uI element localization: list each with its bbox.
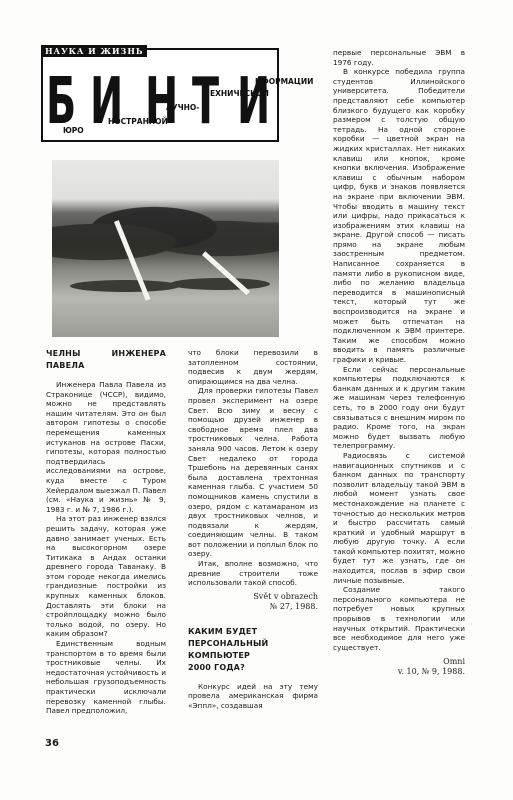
- photo-boat: [170, 278, 270, 290]
- column-middle: что блоки перевозили в затопленном состо…: [188, 348, 318, 711]
- word-buro: ЮРО: [63, 127, 84, 135]
- article2-paragraph: В конкурсе победила группа студентов Илл…: [333, 67, 465, 364]
- article2-paragraph: Радиосвязь с системой навигационных спут…: [333, 451, 465, 585]
- acronym-letter-t: Т: [192, 70, 219, 134]
- photo-boat: [70, 280, 180, 292]
- article1-source-issue: № 27, 1988.: [188, 602, 318, 612]
- word-informatsii: НФОРМАЦИИ: [255, 78, 313, 86]
- column-right: первые персональные ЭВМ в 1976 году. В к…: [333, 48, 465, 677]
- magazine-page: НАУКА И ЖИЗНЬ Б ЮРО И НОСТРАННОЙ Н АУЧНО…: [0, 0, 513, 800]
- photo-trees: [52, 200, 279, 270]
- article2-paragraph: Конкурс идей на эту тему провела америка…: [188, 682, 318, 711]
- article1-paragraph: что блоки перевозили в затопленном состо…: [188, 348, 318, 386]
- article2-title-line: КОМПЬЮТЕР: [188, 650, 318, 662]
- article1-paragraph: Итак, вполне возможно, что древние строи…: [188, 559, 318, 588]
- column-left: ЧЕЛНЫ ИНЖЕНЕРА ПАВЕЛА Инженера Павла Пав…: [46, 348, 166, 716]
- article2-paragraph: Если сейчас персональные компьютеры подк…: [333, 365, 465, 451]
- article1-paragraph: Для проверки гипотезы Павел провел экспе…: [188, 386, 318, 559]
- article1-source-title: Svět v obrazech: [188, 592, 318, 602]
- article1-paragraph: Инженера Павла Павела из Страконице (ЧСС…: [46, 380, 166, 514]
- article1-paragraph: На этот раз инженер взялся решить задачу…: [46, 514, 166, 639]
- article2-title-line: 2000 ГОДА?: [188, 662, 318, 674]
- article2-title-line: КАКИМ БУДЕТ: [188, 626, 318, 638]
- magazine-rubric: НАУКА И ЖИЗНЬ: [41, 45, 147, 57]
- article2-paragraph: первые персональные ЭВМ в 1976 году.: [333, 48, 465, 67]
- article1-paragraph: Единственным водным транспортом в то вре…: [46, 639, 166, 716]
- article2-source-issue: v. 10, № 9, 1988.: [333, 667, 465, 677]
- reed-boats-photo: [52, 160, 279, 337]
- article2-title-line: ПЕРСОНАЛЬНЫЙ: [188, 638, 318, 650]
- article2-paragraph: Создание такого персонального компьютера…: [333, 585, 465, 652]
- page-number: 36: [45, 738, 59, 749]
- acronym-letter-b: Б: [46, 70, 76, 134]
- acronym-letter-n: Н: [145, 70, 178, 134]
- article2-source-title: Omni: [333, 657, 465, 667]
- article1-title: ЧЕЛНЫ ИНЖЕНЕРА ПАВЕЛА: [46, 348, 166, 372]
